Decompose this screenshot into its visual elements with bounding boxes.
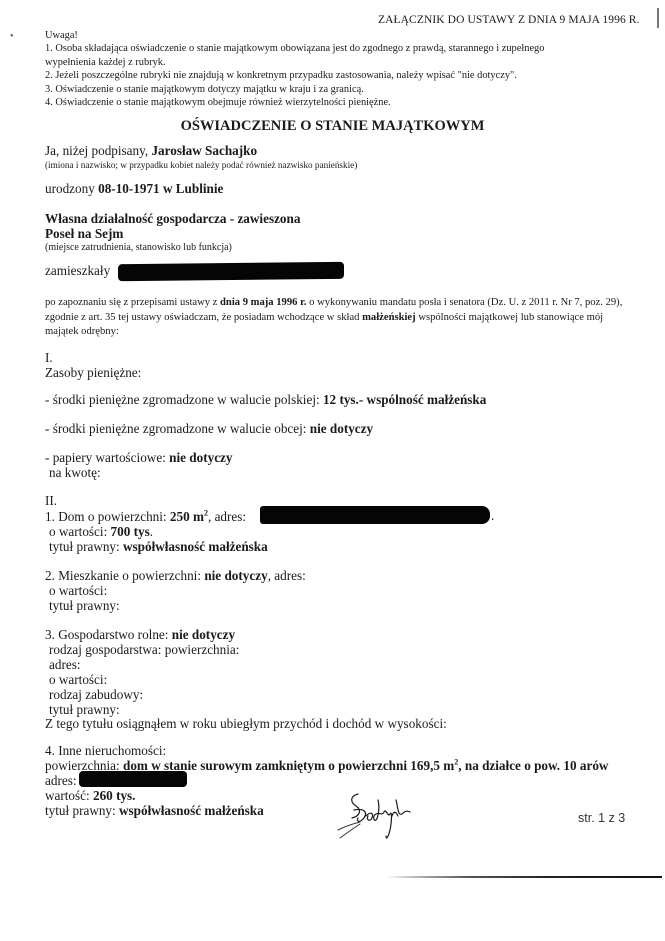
farm-value: nie dotyczy: [172, 627, 235, 642]
house-title-value: współwłasność małżeńska: [123, 539, 268, 554]
note-item: 1. Osoba składająca oświadczenie o stani…: [45, 42, 645, 55]
employment-2: Poseł na Sejm: [45, 226, 123, 242]
house-value-label: o wartości:: [49, 524, 107, 539]
redacted-house-address: [260, 506, 490, 524]
other-value-line: wartość: 260 tys.: [45, 788, 135, 804]
birth-line: urodzony 08-10-1971 w Lublinie: [45, 181, 223, 197]
house-value-line: o wartości: 700 tys.: [49, 524, 153, 540]
declarant-name: Jarosław Sachajko: [151, 143, 257, 158]
section-1-numeral: I.: [45, 350, 53, 366]
note-item: 4. Oświadczenie o stanie majątkowym obej…: [45, 96, 645, 109]
farm-address-label: adres:: [49, 657, 81, 673]
securities-value: nie dotyczy: [169, 450, 232, 465]
farm-buildings-label: rodzaj zabudowy:: [49, 687, 143, 703]
farm-worth-label: o wartości:: [49, 672, 107, 688]
other-plot-value: , na działce o pow. 10 arów: [458, 758, 608, 773]
house-line: 1. Dom o powierzchni: 250 m2, adres:: [45, 509, 246, 525]
other-address-label: adres:: [45, 773, 77, 789]
pln-funds: - środki pieniężne zgromadzone w walucie…: [45, 392, 486, 408]
house-area: 250 m: [170, 509, 204, 524]
foreign-label: - środki pieniężne zgromadzone w walucie…: [45, 421, 306, 436]
declarant-line: Ja, niżej podpisany, Jarosław Sachajko: [45, 143, 257, 159]
redacted-other-address: [79, 771, 187, 787]
farm-income-label: Z tego tytułu osiągnąłem w roku ubiegłym…: [45, 716, 447, 732]
birth-label: urodzony: [45, 181, 95, 196]
flat-value-label: o wartości:: [49, 583, 107, 599]
period: .: [150, 524, 153, 539]
period: .: [491, 508, 494, 524]
flat-label: 2. Mieszkanie o powierzchni:: [45, 568, 201, 583]
note-item: 3. Oświadczenie o stanie majątkowym doty…: [45, 83, 645, 96]
section-2-numeral: II.: [45, 493, 57, 509]
other-value: 260 tys.: [93, 788, 136, 803]
securities-label: - papiery wartościowe:: [45, 450, 166, 465]
page-number: str. 1 z 3: [578, 811, 625, 825]
farm-line: 3. Gospodarstwo rolne: nie dotyczy: [45, 627, 235, 643]
notes-block: Uwaga! 1. Osoba składająca oświadczenie …: [45, 29, 645, 109]
declarant-prefix: Ja, niżej podpisany,: [45, 143, 148, 158]
flat-area: nie dotyczy: [204, 568, 267, 583]
scan-bottom-line: [386, 876, 662, 878]
pln-value: 12 tys.- wspólność małżeńska: [323, 392, 486, 407]
signature-icon: [330, 790, 450, 850]
intro-bold: małżeńskiej: [362, 312, 416, 323]
house-label: 1. Dom o powierzchni:: [45, 509, 167, 524]
notes-heading: Uwaga!: [45, 29, 645, 42]
document-title: OŚWIADCZENIE O STANIE MAJĄTKOWYM: [0, 118, 665, 135]
scan-edge-mark: [657, 8, 659, 28]
section-1-heading: Zasoby pieniężne:: [45, 365, 141, 381]
flat-line: 2. Mieszkanie o powierzchni: nie dotyczy…: [45, 568, 306, 584]
intro-paragraph: po zapoznaniu się z przepisami ustawy z …: [45, 296, 635, 340]
other-title-line: tytuł prawny: współwłasność małżeńska: [45, 803, 264, 819]
scan-dot: •: [10, 31, 14, 42]
pln-label: - środki pieniężne zgromadzone w walucie…: [45, 392, 320, 407]
house-title-line: tytuł prawny: współwłasność małżeńska: [49, 539, 268, 555]
other-title-value: współwłasność małżeńska: [119, 803, 264, 818]
intro-text: po zapoznaniu się z przepisami ustawy z: [45, 297, 220, 308]
foreign-funds: - środki pieniężne zgromadzone w walucie…: [45, 421, 373, 437]
note-item: wypełnienia każdej z rubryk.: [45, 56, 645, 69]
house-title-label: tytuł prawny:: [49, 539, 120, 554]
residence-label: zamieszkały: [45, 263, 110, 279]
securities: - papiery wartościowe: nie dotyczy: [45, 450, 233, 466]
flat-title-label: tytuł prawny:: [49, 598, 120, 614]
house-address-label: , adres:: [208, 509, 246, 524]
intro-date: dnia 9 maja 1996 r.: [220, 297, 306, 308]
flat-address-label: , adres:: [268, 568, 306, 583]
employment-hint: (miejsce zatrudnienia, stanowisko lub fu…: [45, 242, 232, 253]
name-hint: (imiona i nazwisko; w przypadku kobiet n…: [45, 160, 357, 170]
annex-header: ZAŁĄCZNIK DO USTAWY Z DNIA 9 MAJA 1996 R…: [378, 14, 640, 26]
other-title-label: tytuł prawny:: [45, 803, 116, 818]
foreign-value: nie dotyczy: [310, 421, 373, 436]
note-item: 2. Jeżeli poszczególne rubryki nie znajd…: [45, 69, 645, 82]
employment-1: Własna działalność gospodarcza - zawiesz…: [45, 211, 300, 227]
other-property-label: 4. Inne nieruchomości:: [45, 743, 166, 759]
amount-label: na kwotę:: [49, 465, 101, 481]
other-value-label: wartość:: [45, 788, 90, 803]
birth-value: 08-10-1971 w Lublinie: [98, 181, 223, 196]
farm-type-label: rodzaj gospodarstwa: powierzchnia:: [49, 642, 239, 658]
farm-label: 3. Gospodarstwo rolne:: [45, 627, 168, 642]
house-value: 700 tys: [111, 524, 150, 539]
redacted-address: [118, 262, 344, 281]
